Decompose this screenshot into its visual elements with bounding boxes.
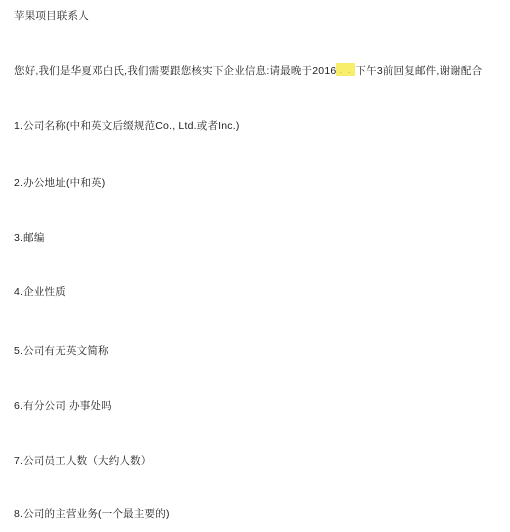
redaction-highlight: . . <box>336 63 355 76</box>
intro-text-after: 下午3前回复邮件,谢谢配合 <box>355 65 482 77</box>
question-item-7: 7.公司员工人数（大约人数） <box>14 454 502 468</box>
question-item-4: 4.企业性质 <box>14 285 502 299</box>
question-item-3: 3.邮编 <box>14 231 502 245</box>
intro-text-before: 您好,我们是华夏邓白氏,我们需要跟您核实下企业信息:请最晚于2016 <box>14 65 336 77</box>
document-title: 苹果项目联系人 <box>14 9 502 23</box>
question-item-6: 6.有分公司 办事处吗 <box>14 399 502 413</box>
question-item-2: 2.办公地址(中和英) <box>14 176 502 190</box>
document-page: 苹果项目联系人 您好,我们是华夏邓白氏,我们需要跟您核实下企业信息:请最晚于20… <box>0 0 510 532</box>
question-item-1: 1.公司名称(中和英文后缀规范Co., Ltd.或者Inc.) <box>14 119 502 133</box>
question-item-8: 8.公司的主营业务(一个最主要的) <box>14 507 502 521</box>
intro-paragraph: 您好,我们是华夏邓白氏,我们需要跟您核实下企业信息:请最晚于2016. .下午3… <box>14 63 502 78</box>
question-item-5: 5.公司有无英文简称 <box>14 344 502 358</box>
